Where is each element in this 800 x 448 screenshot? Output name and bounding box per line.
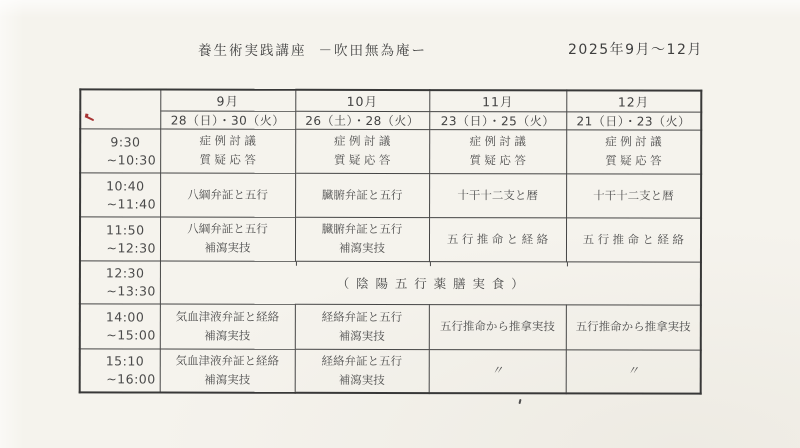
divider-remnant-tick — [566, 262, 567, 266]
schedule-cell: 気血津液弁証と経絡補瀉実技 — [160, 349, 295, 393]
cell-line1: 十干十二支と暦 — [430, 187, 566, 204]
cell-line1: 五行推命から推拿実技 — [566, 318, 700, 335]
cell-line2: 補瀉実技 — [295, 372, 428, 389]
cell-line1: 経絡弁証と五行 — [295, 308, 428, 325]
time-slot: 12:30 ~13:30 — [80, 260, 160, 303]
dates-nov: 23（日）・25（火） — [429, 111, 566, 129]
cell-line1: 症例討議 — [296, 133, 429, 150]
scanned-schedule-page: { "page": { "title": "養生術実践講座", "venue":… — [0, 0, 800, 448]
lunch-merged-cell: （陰陽五行薬膳実食） — [160, 261, 701, 305]
time-start: 10:40 — [81, 178, 160, 193]
month-header-dec: 12月 — [566, 90, 701, 111]
schedule-cell: 臓腑弁証と五行補瀉実技 — [295, 217, 429, 261]
time-end: ~10:30 — [81, 152, 160, 167]
time-start: 11:50 — [81, 222, 160, 237]
cell-line1: 気血津液弁証と経絡 — [160, 308, 294, 325]
schedule-cell: 気血津液弁証と経絡補瀉実技 — [160, 304, 295, 349]
document-title-line: 養生術実践講座－吹田無為庵ー — [198, 39, 427, 59]
time-end: ~11:40 — [81, 196, 160, 211]
cell-line1: 経絡弁証と五行 — [295, 353, 428, 370]
schedule-row-0930: 9:30 ~10:30 症例討議質疑応答 症例討議質疑応答 症例討議質疑応答 症… — [80, 128, 701, 173]
period-label: 2025年9月～12月 — [568, 39, 703, 59]
cell-line1: 八綱弁証と五行 — [161, 221, 295, 238]
divider-remnant-tick — [429, 262, 430, 266]
cell-line1: 五行推命から推拿実技 — [429, 318, 565, 335]
schedule-cell: 症例討議質疑応答 — [295, 129, 429, 173]
schedule-cell: 症例討議質疑応答 — [160, 129, 295, 173]
schedule-cell: 十干十二支と暦 — [566, 173, 701, 217]
schedule-row-1150: 11:50 ~12:30 八綱弁証と五行補瀉実技 臓腑弁証と五行補瀉実技 五行推… — [80, 216, 701, 261]
dates-dec: 21（日）・23（火） — [566, 111, 701, 129]
cell-line1: 症例討議 — [430, 133, 566, 150]
month-header-sep: 9月 — [160, 90, 295, 111]
time-end: ~16:00 — [81, 372, 160, 387]
schedule-cell: 五行推命から推拿実技 — [566, 304, 701, 349]
schedule-cell: 臓腑弁証と五行 — [295, 173, 429, 217]
cell-line1: 十干十二支と暦 — [567, 187, 701, 204]
time-slot: 10:40 ~11:40 — [80, 172, 160, 216]
ditto-mark: 〃 — [566, 363, 700, 380]
cell-line1: 気血津液弁証と経絡 — [160, 352, 294, 369]
red-pen-mark — [85, 115, 94, 121]
dates-oct: 26（土）・28（火） — [295, 111, 429, 129]
schedule-cell: 症例討議質疑応答 — [429, 129, 566, 173]
schedule-row-1400: 14:00 ~15:00 気血津液弁証と経絡補瀉実技 経絡弁証と五行補瀉実技 五… — [80, 303, 701, 349]
cell-line1: 症例討議 — [161, 133, 295, 150]
cell-line2: 補瀉実技 — [160, 327, 294, 344]
cell-line2: 質疑応答 — [430, 152, 566, 169]
month-header-oct: 10月 — [295, 90, 429, 111]
cell-line2: 質疑応答 — [161, 152, 295, 169]
time-start: 15:10 — [81, 354, 160, 369]
cell-line2: 質疑応答 — [296, 152, 429, 169]
cell-line1: 臓腑弁証と五行 — [296, 186, 429, 203]
venue-name: －吹田無為庵ー — [319, 43, 428, 59]
time-slot: 11:50 ~12:30 — [80, 216, 160, 260]
cell-line2: 補瀉実技 — [295, 240, 428, 257]
schedule-cell: 五行推命と経絡 — [429, 217, 566, 261]
schedule-row-1510: 15:10 ~16:00 気血津液弁証と経絡補瀉実技 経絡弁証と五行補瀉実技 〃… — [80, 348, 701, 393]
schedule-cell: 経絡弁証と五行補瀉実技 — [295, 349, 429, 393]
time-end: ~15:00 — [81, 327, 160, 342]
ditto-mark: 〃 — [429, 362, 565, 379]
cell-line2: 補瀉実技 — [295, 327, 428, 344]
cell-line1: 五行推命と経絡 — [566, 231, 700, 248]
month-header-row: 9月 10月 11月 12月 — [80, 89, 701, 111]
time-slot: 9:30 ~10:30 — [80, 128, 160, 172]
course-title: 養生術実践講座 — [198, 43, 307, 59]
cell-line1: 八綱弁証と五行 — [161, 186, 295, 203]
time-slot: 15:10 ~16:00 — [80, 348, 160, 392]
cell-line1: 臓腑弁証と五行 — [296, 221, 429, 238]
schedule-cell: 五行推命から推拿実技 — [429, 304, 566, 349]
time-start: 12:30 — [81, 265, 160, 280]
ditto-cell: 〃 — [429, 349, 566, 393]
schedule-cell: 八綱弁証と五行 — [160, 173, 295, 217]
cell-line1: 症例討議 — [567, 133, 701, 150]
time-start: 14:00 — [81, 309, 160, 324]
scan-speck — [518, 399, 521, 404]
time-end: ~12:30 — [81, 240, 160, 255]
schedule-cell: 八綱弁証と五行補瀉実技 — [160, 217, 295, 261]
schedule-cell: 十干十二支と暦 — [429, 173, 566, 217]
schedule-cell: 症例討議質疑応答 — [566, 129, 701, 173]
cell-line2: 補瀉実技 — [160, 371, 294, 388]
cell-line2: 補瀉実技 — [160, 240, 294, 257]
dates-sep: 28（日）・30（火） — [160, 111, 295, 129]
cell-line1: 五行推命と経絡 — [429, 231, 565, 248]
schedule-row-1230: 12:30 ~13:30 （陰陽五行薬膳実食） — [80, 260, 701, 304]
schedule-table: 9月 10月 11月 12月 28（日）・30（火） 26（土）・28（火） 2… — [79, 88, 703, 394]
time-start: 9:30 — [81, 134, 160, 149]
schedule-cell: 五行推命と経絡 — [566, 217, 701, 261]
ditto-cell: 〃 — [566, 349, 701, 393]
schedule-cell: 経絡弁証と五行補瀉実技 — [295, 304, 429, 349]
divider-remnant-tick — [295, 261, 296, 265]
date-header-row: 28（日）・30（火） 26（土）・28（火） 23（日）・25（火） 21（日… — [80, 110, 701, 129]
schedule-table-wrap: 9月 10月 11月 12月 28（日）・30（火） 26（土）・28（火） 2… — [79, 88, 703, 394]
cell-line2: 質疑応答 — [567, 152, 701, 169]
schedule-row-1040: 10:40 ~11:40 八綱弁証と五行 臓腑弁証と五行 十干十二支と暦 十干十… — [80, 172, 701, 217]
time-slot: 14:00 ~15:00 — [80, 303, 160, 348]
document-header: 養生術実践講座－吹田無為庵ー 2025年9月～12月 — [0, 39, 800, 59]
month-header-nov: 11月 — [429, 90, 566, 111]
corner-cell — [80, 89, 160, 128]
time-end: ~13:30 — [81, 283, 160, 298]
